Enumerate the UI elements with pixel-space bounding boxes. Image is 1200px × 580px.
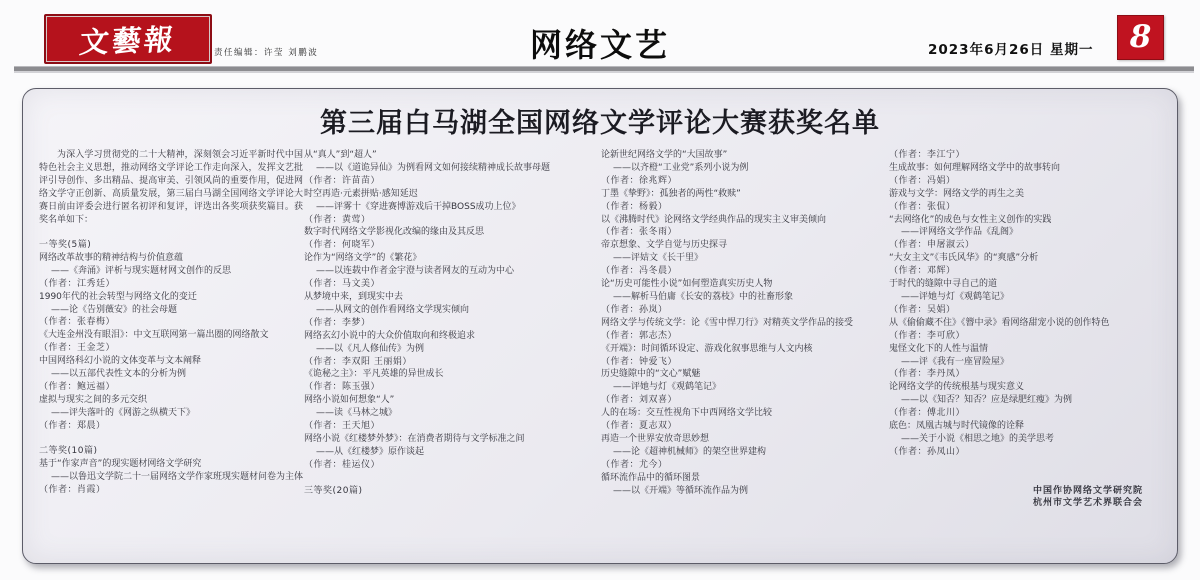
author-line: （作者：何晓军） [304, 239, 594, 252]
entry-line: 网络文学与传统文学：论《雪中悍刀行》对精英文学作品的接受 [601, 317, 887, 330]
spacer [889, 459, 1177, 472]
entry-line: ——评她与灯《观鹤笔记》 [889, 291, 1177, 304]
entry-line: ——以《知否？知否？应是绿肥红瘦》为例 [889, 394, 1177, 407]
author-line: （作者：张春梅） [39, 316, 303, 329]
author-line: （作者：陈玉强） [304, 381, 594, 394]
entry-line: 基于“作家声音”的现实题材网络文学研究 [39, 458, 303, 471]
entry-line: ——评《我有一座冒险屋》 [889, 356, 1177, 369]
page-number: 8 [1130, 22, 1152, 53]
author-line: （作者：许苗苗） [304, 175, 594, 188]
entry-line: ——论《告别薇安》的社会母题 [39, 304, 303, 317]
author-line: （作者：冯冬晨） [601, 265, 887, 278]
author-line: （作者：王天旭） [304, 420, 594, 433]
entry-line: 丁墨《挚野》：孤独者的两性“救赎” [601, 188, 887, 201]
column-2: 从“真人”到“超人”——以《道诡异仙》为例看网文如何接续精神成长故事母题（作者：… [304, 149, 594, 497]
entry-line: 底色：凤凰古城与时代镜像的诠释 [889, 420, 1177, 433]
entry-line: ——评姞文《长干里》 [601, 252, 887, 265]
award-heading: 三等奖(20篇) [304, 485, 594, 498]
author-line: （作者：肖霞） [39, 484, 303, 497]
spacer [889, 472, 1177, 485]
entry-line: ——以连载中作者金宇澄与读者网友的互动为中心 [304, 265, 594, 278]
author-line: （作者：李江宁） [889, 149, 1177, 162]
author-line: （作者：黄莺） [304, 214, 594, 227]
entry-line: 网络小说如何想象“人” [304, 394, 594, 407]
dateline: 2023年6月26日 星期一 [928, 38, 1093, 58]
entry-line: 《开端》：时间循环设定、游戏化叙事思维与人文内核 [601, 343, 887, 356]
entry-line: 再造一个世界安放奇思妙想 [601, 433, 887, 446]
entry-line: ——以《凡人修仙传》为例 [304, 343, 594, 356]
author-line: （作者：郭志杰） [601, 330, 887, 343]
entry-line: ——解析马伯庸《长安的荔枝》中的社畜形象 [601, 291, 887, 304]
entry-line: 网络改革故事的精神结构与价值意蕴 [39, 252, 303, 265]
author-line: （作者：申屠淑云） [889, 239, 1177, 252]
newspaper-page: { "header": { "masthead": "文藝報", "editor… [0, 0, 1200, 580]
column-1: 为深入学习贯彻党的二十大精神，深刻领会习近平新时代中国特色社会主义思想，推动网络… [39, 149, 303, 497]
author-line: （作者：孙凤山） [889, 446, 1177, 459]
entry-line: ——以齐橙“工业党”系列小说为例 [601, 162, 887, 175]
entry-line: ——从《红楼梦》原作谈起 [304, 446, 594, 459]
entry-line: 1990年代的社会转型与网络文化的变迁 [39, 291, 303, 304]
entry-line: 鬼怪文化下的人性与温情 [889, 343, 1177, 356]
entry-line: ——以五部代表性文本的分析为例 [39, 368, 303, 381]
entry-line: ——以《道诡异仙》为例看网文如何接续精神成长故事母题 [304, 162, 594, 175]
author-line: （作者：李双阳 王丽娟） [304, 356, 594, 369]
entry-line: “去网络化”的成色与女性主义创作的实践 [889, 214, 1177, 227]
author-line: （作者：李丹凤） [889, 368, 1177, 381]
entry-line: 论作为“网络文学”的《繁花》 [304, 252, 594, 265]
entry-line: ——评失落叶的《网游之纵横天下》 [39, 407, 303, 420]
entry-line: 《诡秘之主》：平凡英雄的异世成长 [304, 368, 594, 381]
entry-line: 人的在场：交互性视角下中西网络文学比较 [601, 407, 887, 420]
award-list-title: 第三届白马湖全国网络文学评论大赛获奖名单 [23, 101, 1177, 140]
signature-line: 中国作协网络文学研究院 [889, 485, 1177, 498]
author-line: （作者：马文美） [304, 278, 594, 291]
author-line: （作者：冯娟） [889, 175, 1177, 188]
entry-line: ——论《超神机械师》的架空世界建构 [601, 446, 887, 459]
entry-line: ——评她与灯《观鹤笔记》 [601, 381, 887, 394]
author-line: （作者：李可欣） [889, 330, 1177, 343]
entry-line: 虚拟与现实之间的多元交织 [39, 394, 303, 407]
author-line: （作者：王金芝） [39, 342, 303, 355]
author-line: （作者：杨毅） [601, 201, 887, 214]
intro-paragraph: 为深入学习贯彻党的二十大精神，深刻领会习近平新时代中国特色社会主义思想，推动网络… [39, 149, 303, 227]
author-line: （作者：江秀廷） [39, 278, 303, 291]
entry-line: ——以鲁迅文学院二十一届网络文学作家班现实题材问卷为主体 [39, 471, 303, 484]
author-line: （作者：张侃） [889, 201, 1177, 214]
column-3: 论新世纪网络文学的“大国故事”——以齐橙“工业党”系列小说为例（作者：徐兆辉）丁… [601, 149, 887, 497]
author-line: （作者：桂运仪） [304, 459, 594, 472]
entry-line: ——关于小说《相思之地》的美学思考 [889, 433, 1177, 446]
entry-line: 游戏与文学：网络文学的再生之美 [889, 188, 1177, 201]
author-line: （作者：孙岚） [601, 304, 887, 317]
entry-line: ——以《开端》等循环流作品为例 [601, 485, 887, 498]
entry-line: 网络玄幻小说中的大众价值取向和终极追求 [304, 330, 594, 343]
entry-line: 论网络文学的传统根基与现实意义 [889, 381, 1177, 394]
entry-line: 网络小说《红楼梦外梦》：在消费者期待与文学标准之间 [304, 433, 594, 446]
author-line: （作者：钟爱飞） [601, 356, 887, 369]
award-heading: 二等奖(10篇) [39, 445, 303, 458]
entry-line: 论新世纪网络文学的“大国故事” [601, 149, 887, 162]
author-line: （作者：郑晨） [39, 420, 303, 433]
page-number-badge: 8 [1117, 15, 1164, 60]
entry-line: 于时代的缝隙中寻自己的道 [889, 278, 1177, 291]
entry-line: ——评网络文学作品《乱阁》 [889, 226, 1177, 239]
header-divider [14, 66, 1194, 73]
author-line: （作者：傅北川） [889, 407, 1177, 420]
author-line: （作者：刘双喜） [601, 394, 887, 407]
entry-line: 帝京想象、文学自觉与历史探寻 [601, 239, 887, 252]
entry-line: 生成故事：如何理解网络文学中的故事转向 [889, 162, 1177, 175]
entry-line: 时空再造·元素拼贴·感知延迟 [304, 188, 594, 201]
entry-line: 以《沸腾时代》论网络文学经典作品的现实主义审美倾向 [601, 214, 887, 227]
entry-line: ——《奔涌》评析与现实题材网文创作的反思 [39, 265, 303, 278]
spacer [304, 472, 594, 485]
entry-line: 论“历史可能性小说”如何塑造真实历史人物 [601, 278, 887, 291]
entry-line: 数字时代网络文学影视化改编的缘由及其反思 [304, 226, 594, 239]
entry-line: 从梦境中来，到现实中去 [304, 291, 594, 304]
spacer [39, 433, 303, 446]
column-4: （作者：李江宁）生成故事：如何理解网络文学中的故事转向（作者：冯娟）游戏与文学：… [889, 149, 1177, 510]
entry-line: 中国网络科幻小说的文体变革与文本阐释 [39, 355, 303, 368]
author-line: （作者：夏志双） [601, 420, 887, 433]
author-line: （作者：邓辉） [889, 265, 1177, 278]
author-line: （作者：张冬雨） [601, 226, 887, 239]
entry-line: ——从网文的创作看网络文学现实倾向 [304, 304, 594, 317]
entry-line: 《大连金州没有眼泪》：中文互联网第一篇出圈的网络散文 [39, 329, 303, 342]
entry-line: 从《偷偷藏不住》《簪中录》看网络甜宠小说的创作特色 [889, 317, 1177, 330]
award-list-box: 第三届白马湖全国网络文学评论大赛获奖名单 为深入学习贯彻党的二十大精神，深刻领会… [22, 88, 1178, 564]
entry-line: 从“真人”到“超人” [304, 149, 594, 162]
entry-line: ——读《马林之城》 [304, 407, 594, 420]
author-line: （作者：尤今） [601, 459, 887, 472]
author-line: （作者：李梦） [304, 317, 594, 330]
signature-line: 杭州市文学艺术界联合会 [889, 497, 1177, 510]
author-line: （作者：鲍远福） [39, 381, 303, 394]
entry-line: 历史缝隙中的“文心”赋魅 [601, 368, 887, 381]
entry-line: 循环流作品中的循环图景 [601, 472, 887, 485]
award-heading: 一等奖(5篇) [39, 239, 303, 252]
author-line: （作者：吴娟） [889, 304, 1177, 317]
entry-line: “大女主文”《韦氏风华》的“爽感”分析 [889, 252, 1177, 265]
author-line: （作者：徐兆辉） [601, 175, 887, 188]
entry-line: ——评雾十《穿进赛博游戏后干掉BOSS成功上位》 [304, 201, 594, 214]
